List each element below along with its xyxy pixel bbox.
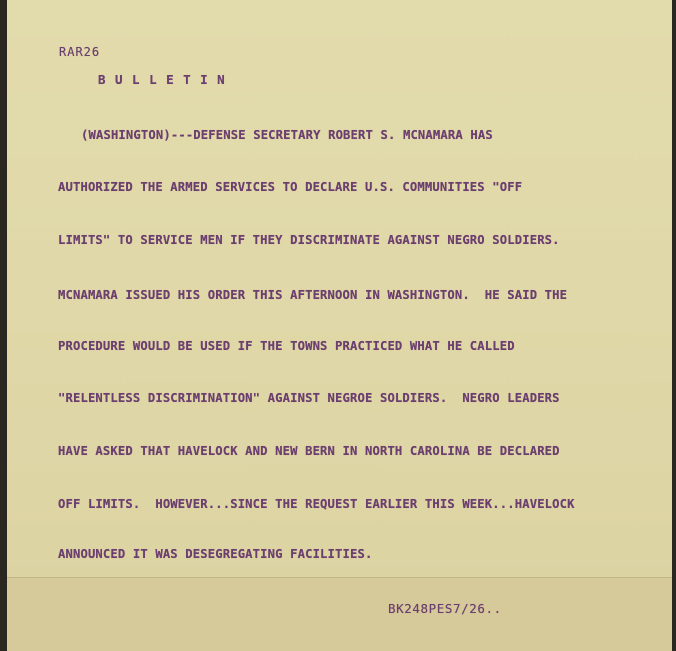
body-line-6: "RELENTLESS DISCRIMINATION" AGAINST NEGR… (58, 391, 560, 405)
header-code: RAR26 (59, 45, 100, 59)
footer-code: BK248PES7/26.. (388, 601, 502, 616)
body-line-8: OFF LIMITS. HOWEVER...SINCE THE REQUEST … (58, 497, 575, 511)
body-line-2: AUTHORIZED THE ARMED SERVICES TO DECLARE… (58, 180, 522, 194)
body-line-5: PROCEDURE WOULD BE USED IF THE TOWNS PRA… (58, 339, 515, 353)
paper-lower-section (7, 578, 672, 651)
body-line-9: ANNOUNCED IT WAS DESEGREGATING FACILITIE… (58, 547, 372, 561)
body-line-3: LIMITS" TO SERVICE MEN IF THEY DISCRIMIN… (58, 233, 560, 247)
bulletin-title: BULLETIN (98, 72, 234, 87)
teletype-page: RAR26 BULLETIN (WASHINGTON)---DEFENSE SE… (7, 0, 672, 651)
body-line-4: MCNAMARA ISSUED HIS ORDER THIS AFTERNOON… (58, 288, 567, 302)
body-line-1: (WASHINGTON)---DEFENSE SECRETARY ROBERT … (81, 128, 493, 142)
paper-fold-line (7, 577, 672, 578)
body-line-7: HAVE ASKED THAT HAVELOCK AND NEW BERN IN… (58, 444, 560, 458)
